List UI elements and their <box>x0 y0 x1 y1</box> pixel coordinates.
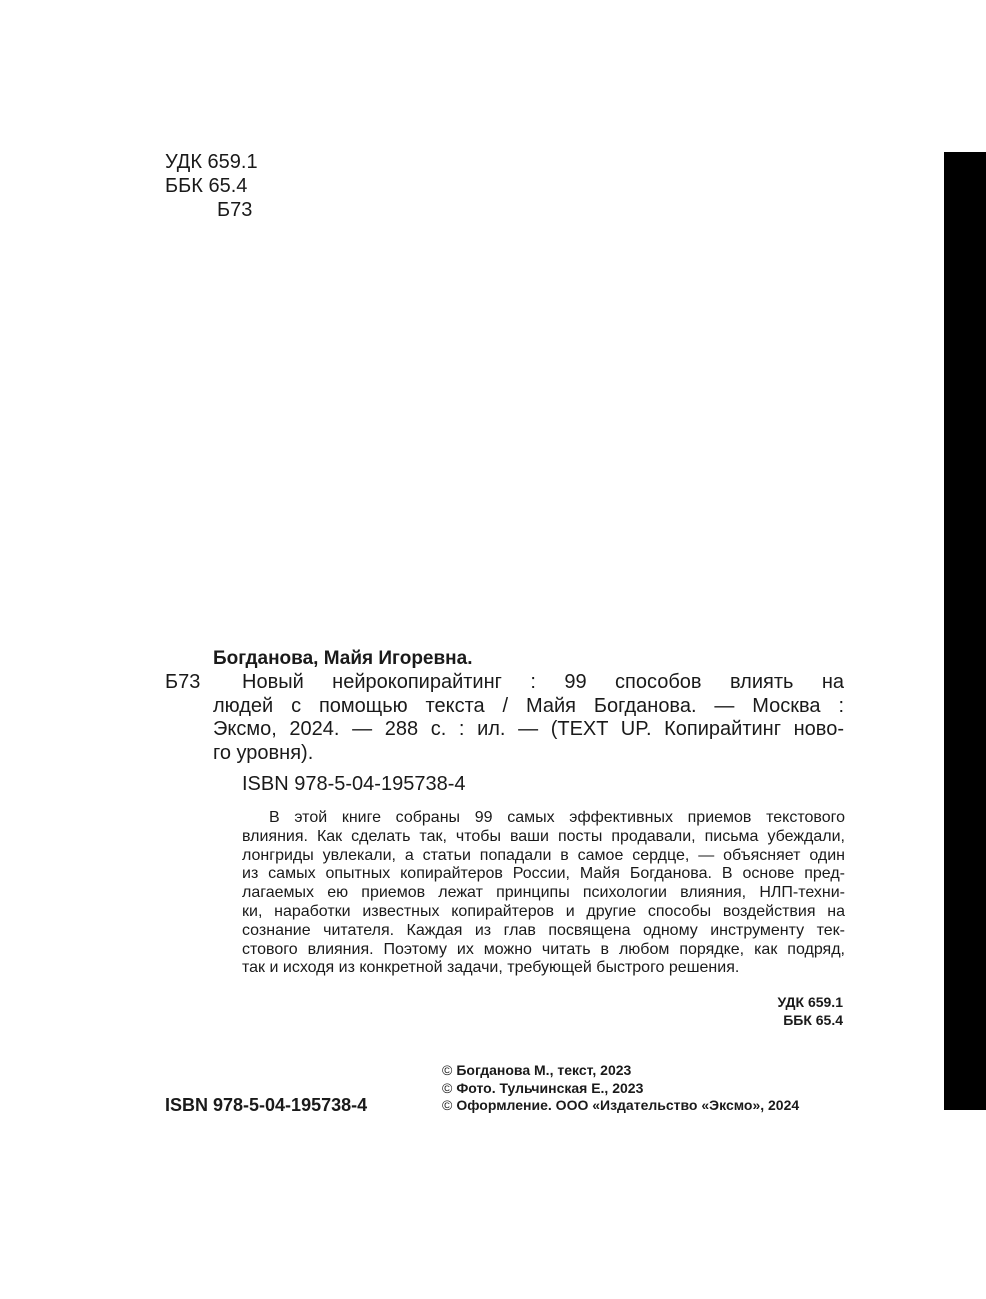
annotation-line: влияния. Как сделать так, чтобы ваши пос… <box>242 828 845 847</box>
bbk-code: ББК 65.4 <box>700 1011 843 1029</box>
annotation-line: В этой книге собраны 99 самых эффективны… <box>242 809 845 828</box>
annotation-line: сознание читателя. Каждая из глав посвящ… <box>242 922 845 941</box>
copyright-icon: © <box>442 1062 452 1078</box>
copyright-icon: © <box>442 1080 452 1096</box>
description-line: людей с помощью текста / Майя Богданова.… <box>213 695 844 719</box>
copyright-text: Оформление. ООО «Издательство «Эксмо», 2… <box>456 1097 799 1113</box>
copyright-text: Фото. Тульчинская Е., 2023 <box>456 1080 643 1096</box>
annotation-line: лонгриды увлекали, а статьи попадали в с… <box>242 847 845 866</box>
copyright-line: ©Богданова М., текст, 2023 <box>442 1062 799 1080</box>
annotation-paragraph: В этой книге собраны 99 самых эффективны… <box>242 809 845 978</box>
annotation-line: ки, наработки известных копирайтеров и д… <box>242 903 845 922</box>
author-heading: Богданова, Майя Игоревна. <box>213 648 473 670</box>
copyright-notices: ©Богданова М., текст, 2023 ©Фото. Тульчи… <box>442 1062 799 1115</box>
copyright-icon: © <box>442 1097 452 1113</box>
bibliographic-description: Новый нейрокопирайтинг : 99 способов вли… <box>213 671 844 765</box>
isbn-record: ISBN 978-5-04-195738-4 <box>242 772 465 796</box>
udk-code: УДК 659.1 <box>165 150 258 174</box>
classification-codes-bottom: УДК 659.1 ББК 65.4 <box>700 993 843 1029</box>
description-line: Эксмо, 2024. — 288 с. : ил. — (TEXT UP. … <box>213 718 844 742</box>
author-mark: Б73 <box>165 198 258 222</box>
copyright-line: ©Фото. Тульчинская Е., 2023 <box>442 1080 799 1098</box>
annotation-line: лагаемых ею приемов лежат принципы психо… <box>242 884 845 903</box>
side-edge-bar <box>944 152 986 1110</box>
bbk-code: ББК 65.4 <box>165 174 258 198</box>
isbn-bottom: ISBN 978-5-04-195738-4 <box>165 1094 367 1116</box>
shelf-mark: Б73 <box>165 671 200 694</box>
annotation-line: из самых опытных копирайтеров России, Ма… <box>242 865 845 884</box>
copyright-text: Богданова М., текст, 2023 <box>456 1062 631 1078</box>
udk-code: УДК 659.1 <box>700 993 843 1011</box>
classification-codes-top: УДК 659.1 ББК 65.4 Б73 <box>165 150 258 222</box>
copyright-line: ©Оформление. ООО «Издательство «Эксмо», … <box>442 1097 799 1115</box>
annotation-line: стового влияния. Поэтому их можно читать… <box>242 941 845 960</box>
annotation-line: так и исходя из конкретной задачи, требу… <box>242 959 845 978</box>
description-line: Новый нейрокопирайтинг : 99 способов вли… <box>213 671 844 695</box>
description-line: го уровня). <box>213 742 844 766</box>
